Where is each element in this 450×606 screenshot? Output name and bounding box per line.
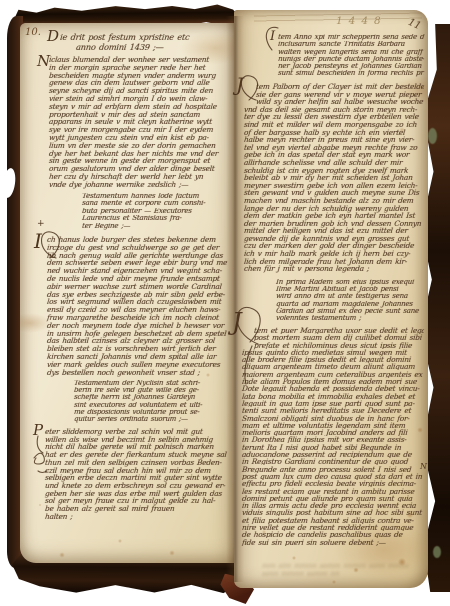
script-line: sint executores ad voluntatem et ulti-: [74, 402, 227, 409]
script-line: in Dorothea filia ipsius mit vor exeante…: [242, 436, 425, 443]
script-line: vier stein ad simhri morgin I do wein cl…: [49, 95, 226, 103]
script-line: ssnn mmnn ssmm nn: [262, 570, 413, 578]
script-line: ich v mir halb mark gelde ich ij hern be…: [244, 250, 425, 258]
script-line: Dote legauit habenda et possidenda debet…: [242, 385, 425, 392]
margin-cross-mark: +: [37, 219, 45, 229]
script-line: sunt simul bescheiden in forma rechlis p…: [278, 70, 425, 77]
script-line: halten ;: [45, 513, 228, 521]
script-line: Bregunde ante anno processu solent I nis…: [242, 466, 425, 473]
testament-heading: Testamentum der Nyclisin stat schri-beri…: [74, 380, 226, 423]
script-line: selbigen erbe deczn martini mit guter si…: [45, 474, 228, 482]
script-line: steyn v mir ad erbfarn dem stein ad hosp…: [49, 103, 226, 111]
right-page: 1448 11 I tem Anno xpi mir schepperin se…: [234, 10, 428, 588]
left-page: 10. D ie drit post festum xpristine etca…: [20, 23, 236, 563]
manuscript-paragraph: iclaus blumendal der wonhee ser vestamen…: [49, 56, 225, 189]
script-line: das halbteil czinses alz cleyner alz gro…: [47, 337, 228, 345]
script-line: gebe ich in das spetal der stat eyn mark…: [244, 151, 425, 159]
manuscript-intro-block: tem Anno xpi mir schepperin sena sede de…: [278, 34, 424, 78]
binding-green-spot: [433, 546, 441, 558]
script-line: dys bestellen noch gewonheit vnser stad …: [47, 369, 228, 377]
script-line: ter dye zu lessil den swestirn dye erbte…: [244, 113, 425, 121]
script-line: aliquam argenteam timeto deum aliunt ali…: [242, 363, 425, 370]
script-line: nicht dil halbe gerete wil mit polnisch …: [45, 443, 228, 451]
script-line: her czu dy hirschaft der werld her lebt …: [49, 173, 226, 181]
script-line: Smalczoni obligati sint duobus de in han…: [242, 415, 425, 422]
script-line: Gardian ad simul ex deo pecie sunt sane: [276, 308, 425, 315]
script-line: abir werner wachse zurt stimen worde Car…: [47, 283, 228, 291]
script-line: me disposicionis voluntarie prout se-: [74, 409, 227, 416]
script-line: der noch meynem tode dye michel b hewser…: [47, 322, 228, 330]
script-line: kirchen sancti Johannis vnd dem spital a…: [47, 353, 228, 361]
script-line: wild sy ander helfin sal halbe wesuche w…: [244, 98, 425, 106]
illuminated-initial: J: [236, 76, 244, 95]
script-line: walten wegen langeriis sena mi che graff: [278, 49, 425, 56]
folio-number-left: 10.: [25, 27, 41, 38]
script-line: los wirt segmund willen dach czugeslawbe…: [47, 298, 228, 306]
margin-note-mark: N: [420, 462, 427, 471]
script-line: ter Begine ;—: [82, 223, 229, 230]
script-line: sana mente et corpore cum conshi-: [82, 200, 229, 207]
script-line: wytt jungesten czu stein vnd ein kist eb…: [49, 134, 226, 142]
testament-heading: Testamentum hannes lode factumsana mente…: [82, 193, 228, 230]
script-line: mittel der heiligen vnd das ist ezu mitt…: [244, 227, 425, 235]
script-line: in Registro Gardiani continentur de quo …: [242, 458, 425, 465]
script-line: wird anno dm ut ante testigerus sena: [276, 293, 425, 300]
script-line: viduis singulis post habitum sine ad hoc…: [242, 509, 425, 516]
illuminated-initial: D: [47, 29, 59, 44]
script-line: inclusarum sancte Trinitatis Barbara: [278, 41, 425, 48]
script-line: quitur series ordinata suorum ;—: [74, 416, 227, 423]
script-line: irczoge du gest vnd schuldwerge so ge ge…: [47, 244, 228, 252]
illuminated-initial: I: [270, 30, 275, 43]
script-line: tem Palborn of der Clayer ist mit der be…: [244, 83, 425, 91]
script-line: sol ger meyn fraue czu ir malgut gelde z…: [45, 497, 228, 505]
script-line: lange der nu der ich schuldig wereny gul…: [244, 205, 425, 213]
show-through-text: mm sim mmnn ssmm nnmm ssnn mmss nnss mmn…: [262, 562, 412, 578]
script-line: lium vn der meste sie zo der dorin gemac…: [49, 142, 226, 150]
script-line: volenntes testamentum ;: [276, 315, 425, 322]
script-line: iclaus blumendal der wonhee ser vestamen…: [49, 56, 226, 64]
script-line: terunt Ita I nisi quod habet sibi Begund…: [242, 444, 425, 451]
illuminated-initial: J: [232, 310, 242, 334]
manuscript-paragraph: ch hanus lode burger des stetes bekenne …: [47, 236, 227, 376]
script-line: schuldig ist cin eygen rogten dye zwelf …: [244, 167, 425, 175]
script-line: dem der matkin gebe ich eyn hartel mante…: [244, 212, 425, 220]
script-line: et filia potestatem habeant si aliquis c…: [242, 517, 425, 524]
script-line: les restant eciam que restant in ambitu …: [242, 488, 425, 495]
script-line: vier mark geldes ouch sullen meyne execu…: [47, 361, 228, 369]
script-line: halbe meyn rechter in preus mit sine eyn…: [244, 136, 425, 144]
script-line: sind mit et milder wil dem morgensgabe z…: [244, 121, 425, 129]
script-line: fide sui sin pueri sin soluere debent ;—: [242, 539, 425, 546]
script-line: prefate et nichilominus deus sicut ipsis…: [242, 342, 425, 349]
script-line: thun zel mit den selbigen czinsen vorbas…: [45, 459, 228, 467]
script-line: anno domini 1439 ;—: [60, 43, 223, 53]
script-line: chen für j mit v persona legenda ;: [244, 265, 425, 273]
script-line: sten gewant vnd v gulden auch meyne sune…: [244, 189, 425, 197]
script-line: ensil dy czeid zo wil das meyner eluchen…: [47, 306, 228, 314]
script-line: ch hanus lode burger des stetes bekenne …: [47, 236, 228, 244]
script-line: eter sliddemorg verbe zal schin vol mit …: [45, 428, 228, 436]
script-line: ned wuchir stand eigenczehen vnd wegint …: [47, 267, 228, 275]
script-line: mm sim mmnn ssmm nnmm ssnn mmss nnss mmn…: [262, 562, 413, 570]
manuscript-paragraph: tem et puer Margaretha uxor sue dedit et…: [242, 327, 424, 546]
script-line: in der morgin sprache seyner rede her he…: [49, 64, 226, 72]
binding-green-spot: [428, 128, 437, 144]
script-line: be haben alz gereit sal mird frauen: [45, 505, 228, 513]
manuscript-paragraph: eter sliddemorg verbe zal schin vol mit …: [45, 428, 227, 520]
script-line: apparans in seule v mit cleyn katherine …: [49, 118, 226, 126]
date-heading: ie drit post festum xpristine etcanno do…: [60, 33, 222, 52]
script-line: und knete zo dem erbschreyn sol czu gewa…: [45, 482, 228, 490]
script-line: de nuclis lede vnd abir meyne frunde ent…: [47, 275, 228, 283]
script-line: orum gesalutorum vnd der alder dinge bes…: [49, 165, 226, 173]
script-line: beleibt ab v mir dy her mit scheiden ist…: [244, 174, 425, 182]
latin-clause-block: In prima Radem som eius ipsius exequiIlm…: [276, 279, 424, 322]
script-line: czu der marken der gold der dinger besch…: [244, 242, 425, 250]
script-line: maiorem argenteam cum ceteralibus argent…: [242, 371, 425, 378]
script-line: sye vor ire morgengabe czu mir I der eyd…: [49, 126, 226, 134]
script-line: lata bona mobilia et immobilia exhales d…: [242, 393, 425, 400]
script-line: Laurencius et Stanislaus fra-: [82, 215, 229, 222]
script-line: hat er des gerete der fierkantum stuck m…: [45, 451, 228, 459]
script-line: allirhande schelisse vnd alle schuld der…: [244, 159, 425, 167]
script-line: post mortem suam dem dij cuilibet domui …: [242, 334, 425, 341]
script-line: machen vnd maschin bestande alz zo mir d…: [244, 197, 425, 205]
script-line: effectu pro fideli ecclesia beate virgin…: [242, 480, 425, 487]
illuminated-initial: I: [34, 231, 42, 251]
script-line: quarta ad mariam magdalene Johannes: [276, 301, 425, 308]
manuscript-photo: 10. D ie drit post festum xpristine etca…: [0, 0, 450, 606]
script-line: schefte herrn ist Johannes Gardeyn: [74, 394, 227, 401]
illuminated-initial: P: [33, 423, 43, 438]
script-line: seyne scheyne dij ad sancti spiritus mit…: [49, 87, 226, 95]
year-mark: 1448: [336, 15, 387, 27]
script-line: de hospicio de candelis paschalibus quas…: [242, 531, 425, 538]
script-line: tenti sunt melioris hereditatis sue Dece…: [242, 407, 425, 414]
script-line: bleiben stet alz is vorschreben wirt jer…: [47, 345, 228, 353]
script-line: sin geste wenne in geste der morgensput …: [49, 157, 226, 165]
manuscript-paragraph: tem Palborn of der Clayer ist mit der be…: [244, 83, 424, 273]
script-line: ie drit post festum xpristine etc: [60, 33, 223, 43]
script-line: fraw margarethe bescheide ich im noch cl…: [47, 314, 228, 322]
script-line: vnde dye johanne wernike zedslich ;—: [49, 181, 226, 189]
